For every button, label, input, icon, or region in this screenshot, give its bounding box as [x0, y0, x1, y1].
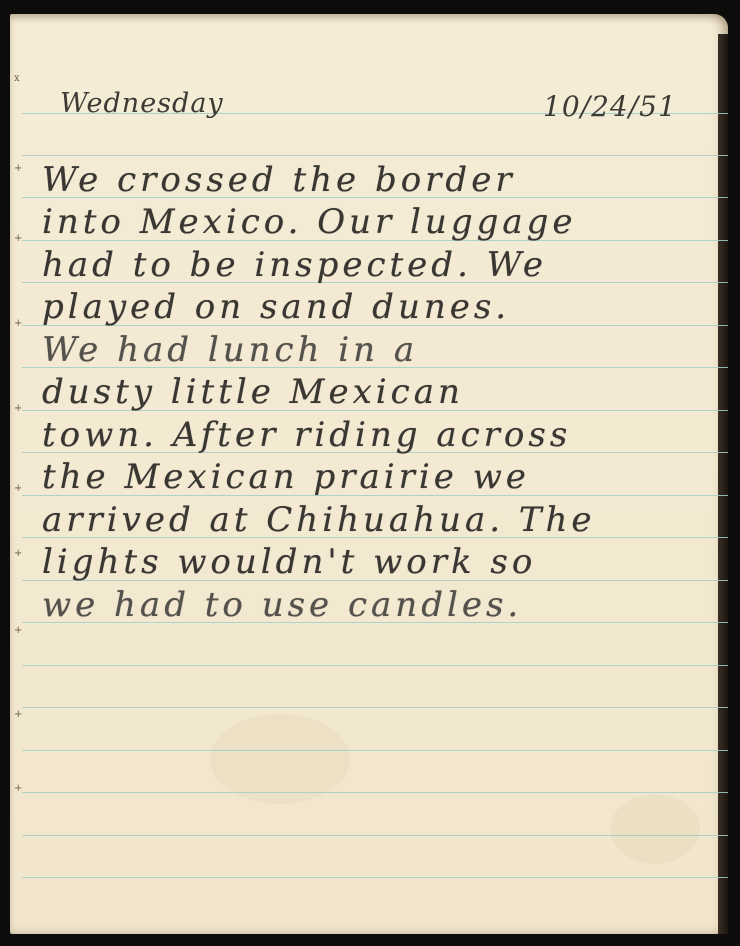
perforation-mark: + — [14, 484, 22, 494]
entry-line: we had to use candles. — [42, 585, 706, 625]
perforation-mark: + — [14, 319, 22, 329]
entry-line: into Mexico. Our luggage — [42, 202, 706, 242]
page-edge-shadow — [718, 34, 728, 934]
entry-line: dusty little Mexican — [42, 372, 706, 412]
ruled-line — [22, 750, 728, 751]
ruled-line — [22, 877, 728, 878]
entry-line: played on sand dunes. — [42, 287, 706, 327]
perforation-mark: + — [14, 164, 22, 174]
entry-date: 10/24/51 — [543, 90, 677, 123]
ruled-line — [22, 155, 728, 156]
perforation-mark: + — [14, 626, 22, 636]
ruled-line — [22, 835, 728, 836]
ruled-line — [22, 665, 728, 666]
notebook-page: x + + + + + + + + + Wednesday 10/24/51 W… — [10, 14, 728, 934]
ruled-line — [22, 792, 728, 793]
entry-line: town. After riding across — [42, 415, 706, 455]
entry-line: lights wouldn't work so — [42, 542, 706, 582]
entry-line: We had lunch in a — [42, 330, 706, 370]
perforation-mark: + — [14, 549, 22, 559]
entry-line: We crossed the border — [42, 160, 706, 200]
perforation-mark: + — [14, 404, 22, 414]
perforation-mark: x — [14, 74, 20, 84]
perforation-mark: + — [14, 710, 22, 720]
paper-stain — [610, 794, 700, 864]
entry-line: arrived at Chihuahua. The — [42, 500, 706, 540]
entry-line: the Mexican prairie we — [42, 457, 706, 497]
perforation-mark: + — [14, 234, 22, 244]
paper-stain — [210, 714, 350, 804]
ruled-line — [22, 707, 728, 708]
perforation-mark: + — [14, 784, 22, 794]
entry-line: had to be inspected. We — [42, 245, 706, 285]
entry-day: Wednesday — [60, 88, 224, 119]
